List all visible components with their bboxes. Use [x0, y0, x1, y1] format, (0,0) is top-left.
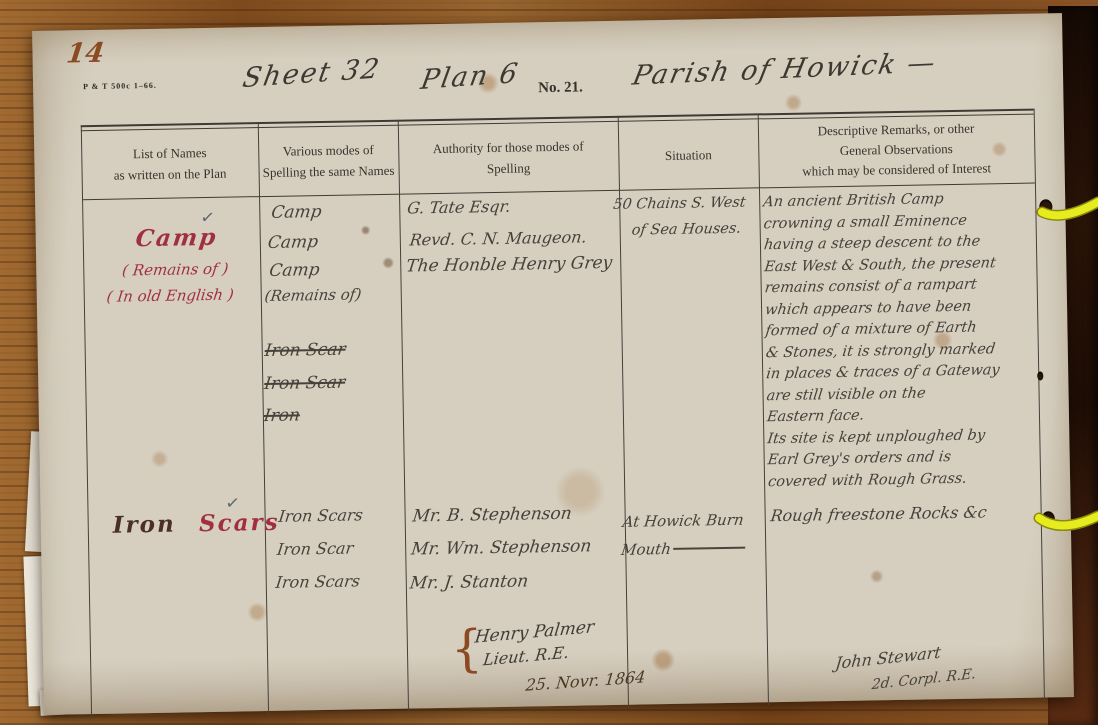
spelling-entry: Camp [267, 232, 320, 253]
entry1-name-sub: ( In old English ) [106, 286, 235, 306]
plan-title: Plan 6 [418, 58, 521, 96]
remark-line: crowning a small Eminence [763, 211, 1040, 232]
table-left-border [81, 125, 92, 717]
spelling-entry: Camp [268, 260, 321, 281]
column-header-remarks: Descriptive Remarks, or other General Ob… [758, 112, 1035, 189]
spelling-entry: Iron Scar [276, 538, 354, 558]
column-header-spellings: Various modes of Spelling the same Names [258, 126, 399, 196]
remark-line: formed of a mixture of Earth [764, 318, 1041, 339]
remark-line: Its site is kept unploughed by [766, 426, 1043, 447]
entry2-name: Iron Scars [113, 509, 280, 539]
entry2-name-red: Scars [199, 509, 280, 537]
spelling-entry-struck: Iron [263, 405, 301, 426]
spelling-entry-struck: Iron Scar [263, 373, 346, 394]
binding-cord-bottom [1033, 500, 1098, 546]
situation-entry: At Howick Burn [622, 511, 745, 531]
photo-scene: 14 P & T 500c 1–66. Sheet 32 Plan 6 No. … [0, 0, 1098, 725]
entry1-name-sub: ( Remains of ) [121, 260, 229, 280]
parish-title: Parish of Howick — [630, 47, 940, 92]
header-line: Authority for those modes of [433, 135, 584, 159]
header-line: Descriptive Remarks, or other [817, 119, 974, 142]
authority-entry: Revd. C. N. Maugeon. [409, 227, 588, 249]
authority-entry: G. Tate Esqr. [406, 197, 512, 218]
situation-entry: Mouth [620, 540, 672, 559]
column-header-authority: Authority for those modes of Spelling [398, 122, 619, 194]
situation-entry: of Sea Houses. [631, 221, 742, 239]
spelling-entry: (Remains of) [264, 285, 363, 305]
page-number: 14 [65, 38, 106, 70]
authority-entry: Mr. B. Stephenson [411, 504, 572, 527]
remark-line: Rough freestone Rocks &c [770, 502, 988, 525]
authority-entry: The Honble Henry Grey [405, 253, 613, 277]
header-line: which may be considered of Interest [802, 158, 991, 181]
remark-line: which appears to have been [764, 297, 1041, 318]
remark-line: & Stones, it is strongly marked [765, 340, 1042, 361]
binding-hole [1037, 371, 1043, 380]
entry1-name: Camp [134, 224, 219, 252]
surveyor-name: Henry Palmer [474, 617, 596, 648]
remark-line: Eastern face. [766, 404, 1043, 425]
remark-line: An ancient British Camp [762, 189, 1039, 210]
entry2-name-black: Iron [113, 511, 176, 539]
surveyor-rank: Lieut. R.E. [482, 643, 570, 670]
situation-entry: 50 Chains S. West [612, 195, 746, 213]
spelling-entry: Camp [270, 202, 323, 223]
examiner-name: John Stewart [834, 643, 941, 673]
column-header-names: List of Names as written on the Plan [81, 128, 259, 199]
flourish-line [673, 547, 745, 550]
authority-entry: Mr. J. Stanton [409, 571, 530, 593]
header-line: General Observations [840, 139, 953, 161]
binding-cord-top [1036, 190, 1098, 234]
spelling-entry: Iron Scars [277, 505, 364, 526]
remark-line: in places & traces of a Gateway [765, 361, 1042, 382]
authority-entry: Mr. Wm. Stephenson [410, 536, 593, 559]
header-line: Various modes of [283, 139, 374, 162]
header-line: Spelling the same Names [263, 160, 395, 183]
examiner-rank: 2d. Corpl. R.E. [871, 666, 977, 693]
remark-line: covered with Rough Grass. [767, 469, 1044, 490]
column-header-situation: Situation [618, 119, 759, 189]
form-code: P & T 500c 1–66. [83, 81, 157, 91]
remark-line: East West & South, the present [763, 254, 1040, 275]
document-page: 14 P & T 500c 1–66. Sheet 32 Plan 6 No. … [32, 13, 1074, 715]
remark-line: having a steep descent to the [763, 232, 1040, 253]
sheet-title: Sheet 32 [240, 53, 383, 94]
record-number: No. 21. [538, 79, 583, 97]
header-line: Situation [665, 144, 712, 166]
remark-line: Earl Grey's orders and is [767, 447, 1044, 468]
spelling-entry-struck: Iron Scar [263, 340, 346, 361]
header-line: Spelling [487, 157, 531, 179]
header-line: as written on the Plan [114, 163, 227, 186]
header-line: List of Names [133, 142, 207, 164]
remark-line: remains consist of a rampart [764, 275, 1041, 296]
remark-line: are still visible on the [766, 383, 1043, 404]
spelling-entry: Iron Scars [275, 571, 362, 592]
